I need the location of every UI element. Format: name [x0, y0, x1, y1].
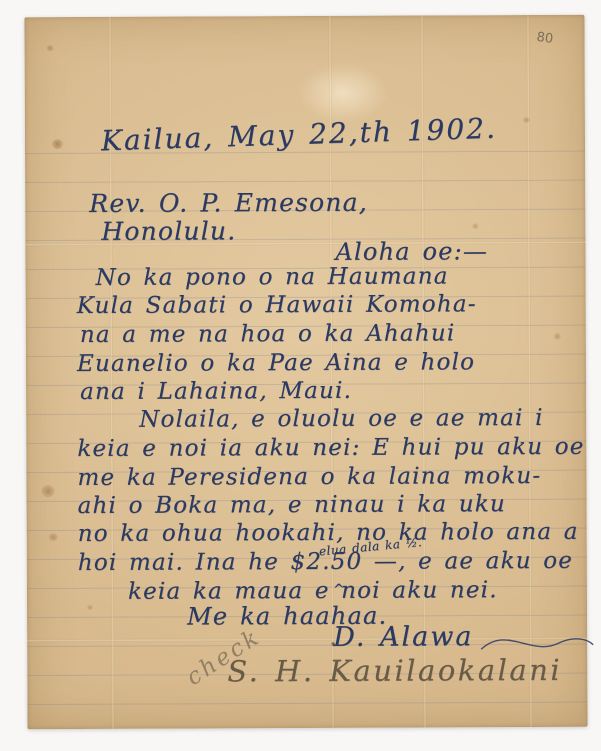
foxing-spot [41, 485, 54, 497]
body-line: na a me na hoa o ka Ahahui [80, 320, 456, 348]
body-line: Kula Sabati o Hawaii Komoha- [77, 291, 477, 319]
body-line: ahi o Boka ma, e ninau i ka uku [78, 491, 506, 519]
recipient-name: Rev. O. P. Emesona, [89, 188, 368, 218]
foxing-spot [49, 533, 58, 541]
body-line: No ka pono o na Haumana [96, 263, 449, 291]
caret-mark: ^ [333, 582, 346, 598]
foxing-spot [47, 45, 54, 51]
body-line: Nolaila, e oluolu oe e ae mai i [139, 405, 544, 433]
scanned-letter-page: 80 Kailua, May 22,th 1902. Rev. O. P. Em… [0, 0, 601, 751]
body-line: Euanelio o ka Pae Aina e holo [77, 349, 475, 377]
letter-paper: 80 Kailua, May 22,th 1902. Rev. O. P. Em… [24, 15, 587, 729]
signature-secondary: S. H. Kauilaokalani [227, 653, 562, 688]
body-line: me ka Peresidena o ka laina moku- [77, 463, 541, 491]
pencil-page-number: 80 [536, 30, 554, 47]
body-line: keia ka maua e noi aku nei. [128, 577, 498, 605]
body-line: ana i Lahaina, Maui. [80, 378, 352, 405]
body-line: keia e noi ia aku nei: E hui pu aku oe [77, 434, 584, 462]
foxing-spot [523, 117, 530, 123]
salutation: Aloha oe:— [335, 237, 488, 266]
foxing-spot [52, 139, 63, 149]
foxing-spot [87, 605, 93, 610]
signature-primary: D. Alawa [333, 621, 473, 653]
recipient-place: Honolulu. [101, 216, 236, 246]
foxing-spot [554, 333, 561, 340]
foxing-spot [472, 223, 478, 229]
